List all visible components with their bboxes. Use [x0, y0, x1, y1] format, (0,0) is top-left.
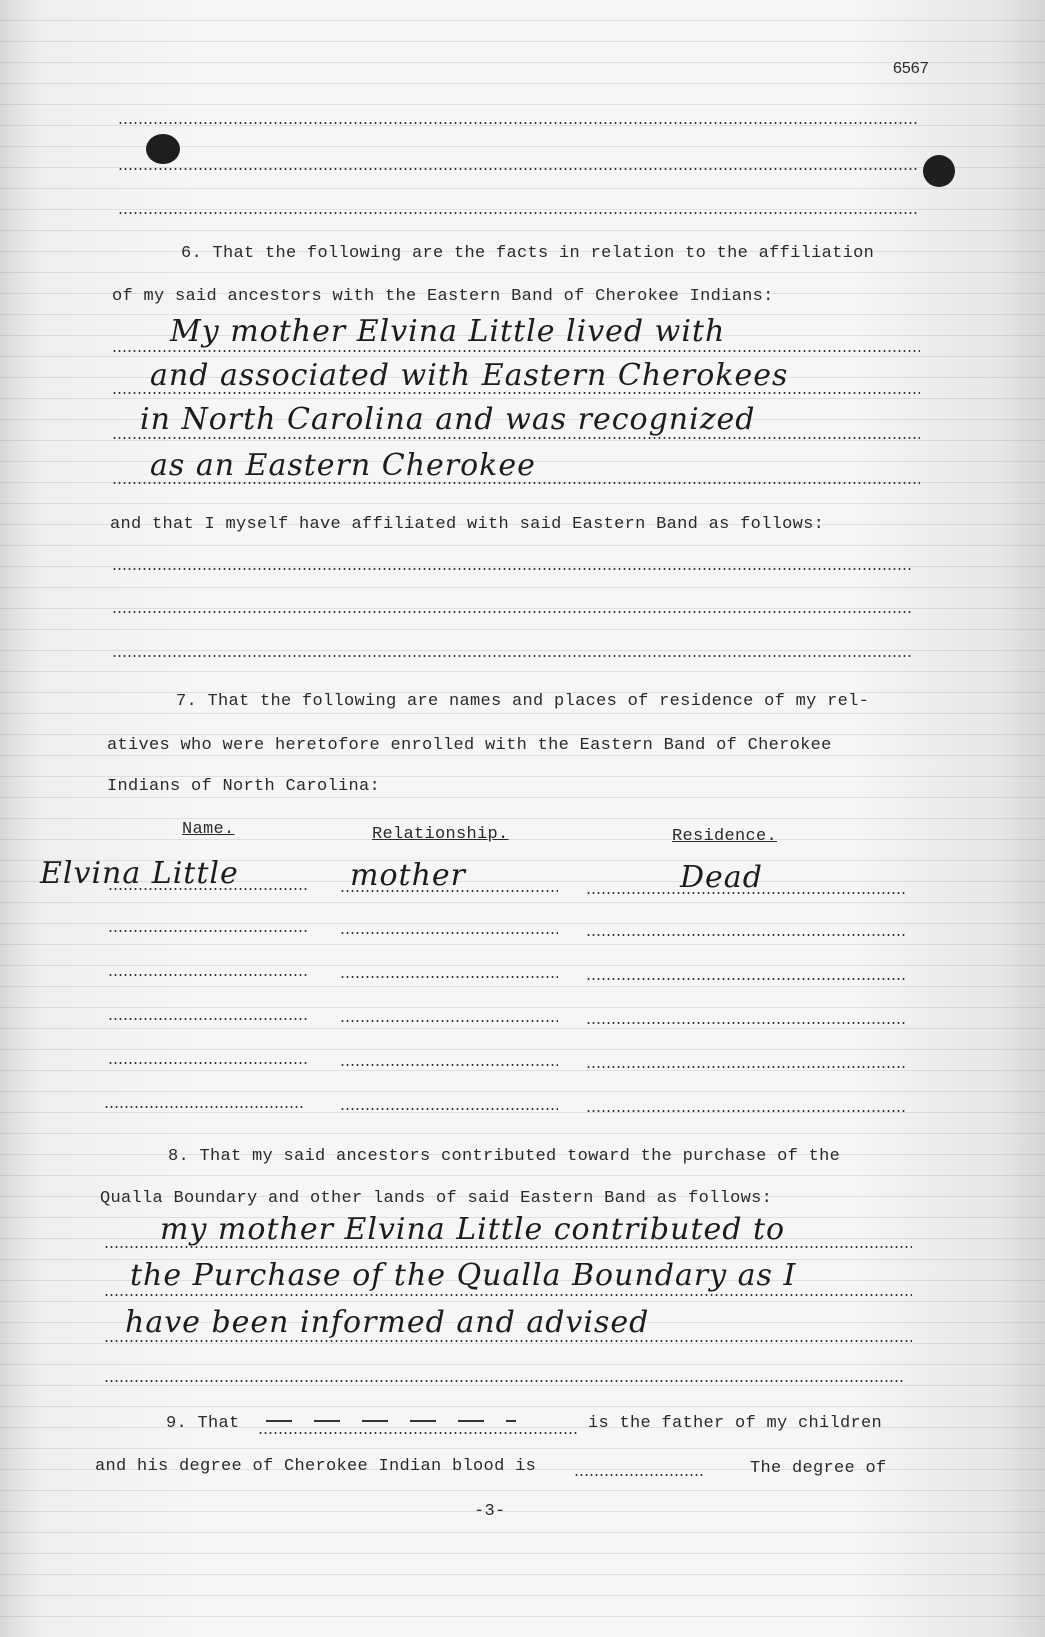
table-line [586, 1066, 906, 1068]
section6-line1: 6. That the following are the facts in r… [181, 244, 874, 263]
section7-line1: 7. That the following are names and plac… [176, 692, 869, 711]
answer-line [104, 1340, 912, 1342]
section7-line3: Indians of North Carolina: [107, 777, 380, 796]
handwritten-answer-8-3: have been informed and advised [125, 1305, 649, 1340]
handwritten-answer-6-2: and associated with Eastern Cherokees [150, 358, 788, 393]
answer-line [112, 350, 920, 352]
table-line [104, 1106, 304, 1108]
handwritten-answer-8-2: the Purchase of the Qualla Boundary as I [130, 1258, 796, 1293]
struck-dash [458, 1420, 484, 1422]
section6-line3: and that I myself have affiliated with s… [110, 515, 824, 534]
table-line [340, 890, 558, 892]
blood-degree-line [574, 1474, 704, 1476]
table-line [340, 1064, 558, 1066]
blank-line [112, 655, 912, 657]
father-name-field [255, 1412, 575, 1434]
column-header-residence: Residence. [672, 827, 777, 846]
blank-line [104, 1380, 904, 1382]
section8-line1: 8. That my said ancestors contributed to… [168, 1147, 840, 1166]
blank-line [118, 168, 918, 170]
document-page: 6567 6. That the following are the facts… [0, 0, 1045, 1637]
table-line [108, 974, 308, 976]
table-line [108, 1018, 308, 1020]
blank-line [112, 568, 912, 570]
table-line [340, 976, 558, 978]
section6-line2: of my said ancestors with the Eastern Ba… [112, 287, 774, 306]
handwritten-answer-6-3: in North Carolina and was recognized [140, 402, 755, 437]
relative-relationship: mother [350, 858, 466, 893]
blank-line [118, 212, 918, 214]
section9-line2-prefix: and his degree of Cherokee Indian blood … [95, 1457, 536, 1476]
blank-line [112, 611, 912, 613]
handwritten-answer-6-4: as an Eastern Cherokee [150, 448, 536, 483]
struck-dash [506, 1420, 516, 1422]
struck-dash [362, 1420, 388, 1422]
answer-line [104, 1294, 912, 1296]
table-line [586, 892, 906, 894]
relative-name: Elvina Little [40, 856, 239, 891]
handwritten-answer-6-1: My mother Elvina Little lived with [170, 314, 725, 349]
table-line [586, 978, 906, 980]
answer-line [112, 437, 920, 439]
struck-dash [266, 1420, 292, 1422]
section7-line2: atives who were heretofore enrolled with… [107, 736, 832, 755]
table-line [108, 888, 308, 890]
table-line [340, 1108, 558, 1110]
section9-line2-suffix: The degree of [750, 1459, 887, 1478]
table-line [586, 1022, 906, 1024]
section9-line1-suffix: is the father of my children [588, 1414, 882, 1433]
handwritten-answer-8-1: my mother Elvina Little contributed to [160, 1212, 785, 1247]
punch-hole-right [923, 155, 955, 187]
table-line [108, 1062, 308, 1064]
table-line [586, 934, 906, 936]
struck-dash [314, 1420, 340, 1422]
blank-line [118, 122, 918, 124]
section9-line1-prefix: 9. That [166, 1414, 240, 1433]
page-id: 6567 [893, 60, 929, 78]
table-line [586, 1110, 906, 1112]
table-line [340, 932, 558, 934]
table-line [340, 1020, 558, 1022]
father-name-line [258, 1432, 578, 1434]
page-number: -3- [474, 1502, 506, 1521]
section8-line2: Qualla Boundary and other lands of said … [100, 1189, 772, 1208]
column-header-name: Name. [182, 820, 235, 839]
punch-hole-left [146, 134, 180, 164]
relative-residence: Dead [680, 860, 763, 895]
column-header-relationship: Relationship. [372, 825, 509, 844]
struck-dash [410, 1420, 436, 1422]
table-line [108, 930, 308, 932]
